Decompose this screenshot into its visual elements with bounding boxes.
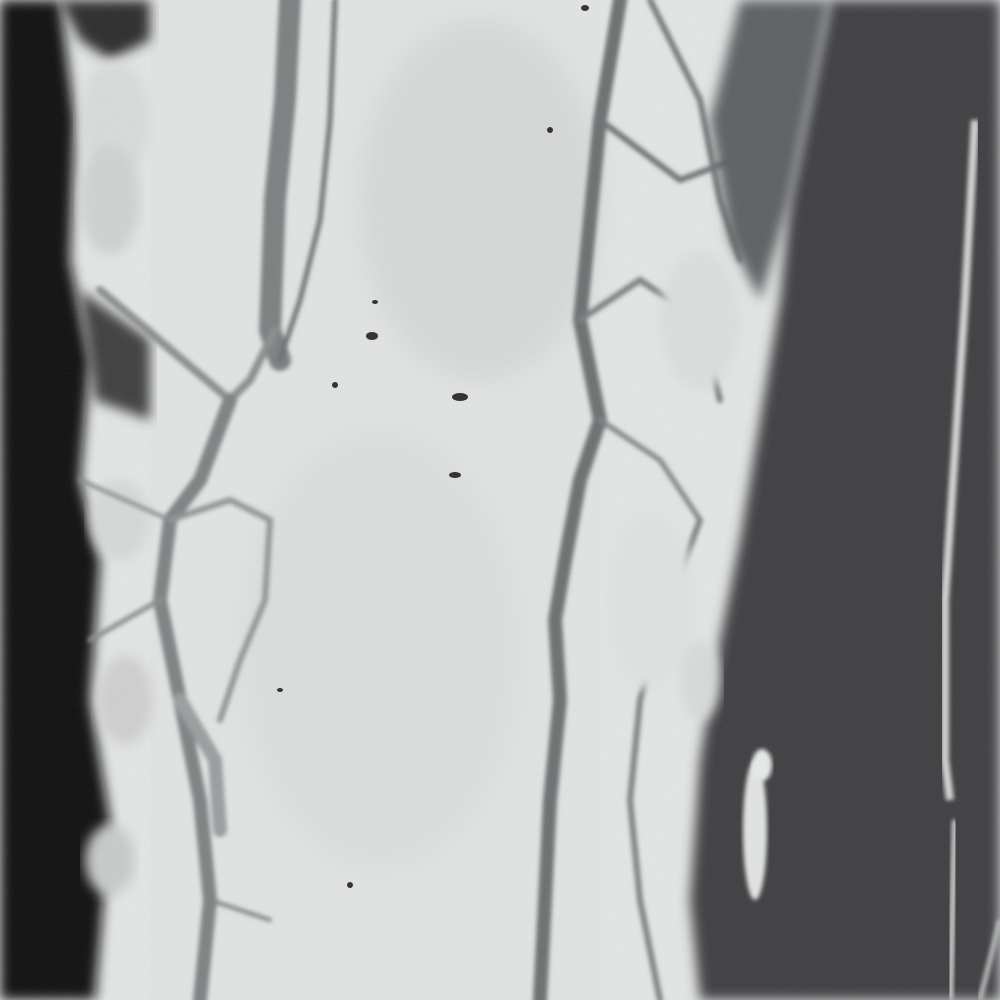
micrograph-image [0, 0, 1000, 1000]
